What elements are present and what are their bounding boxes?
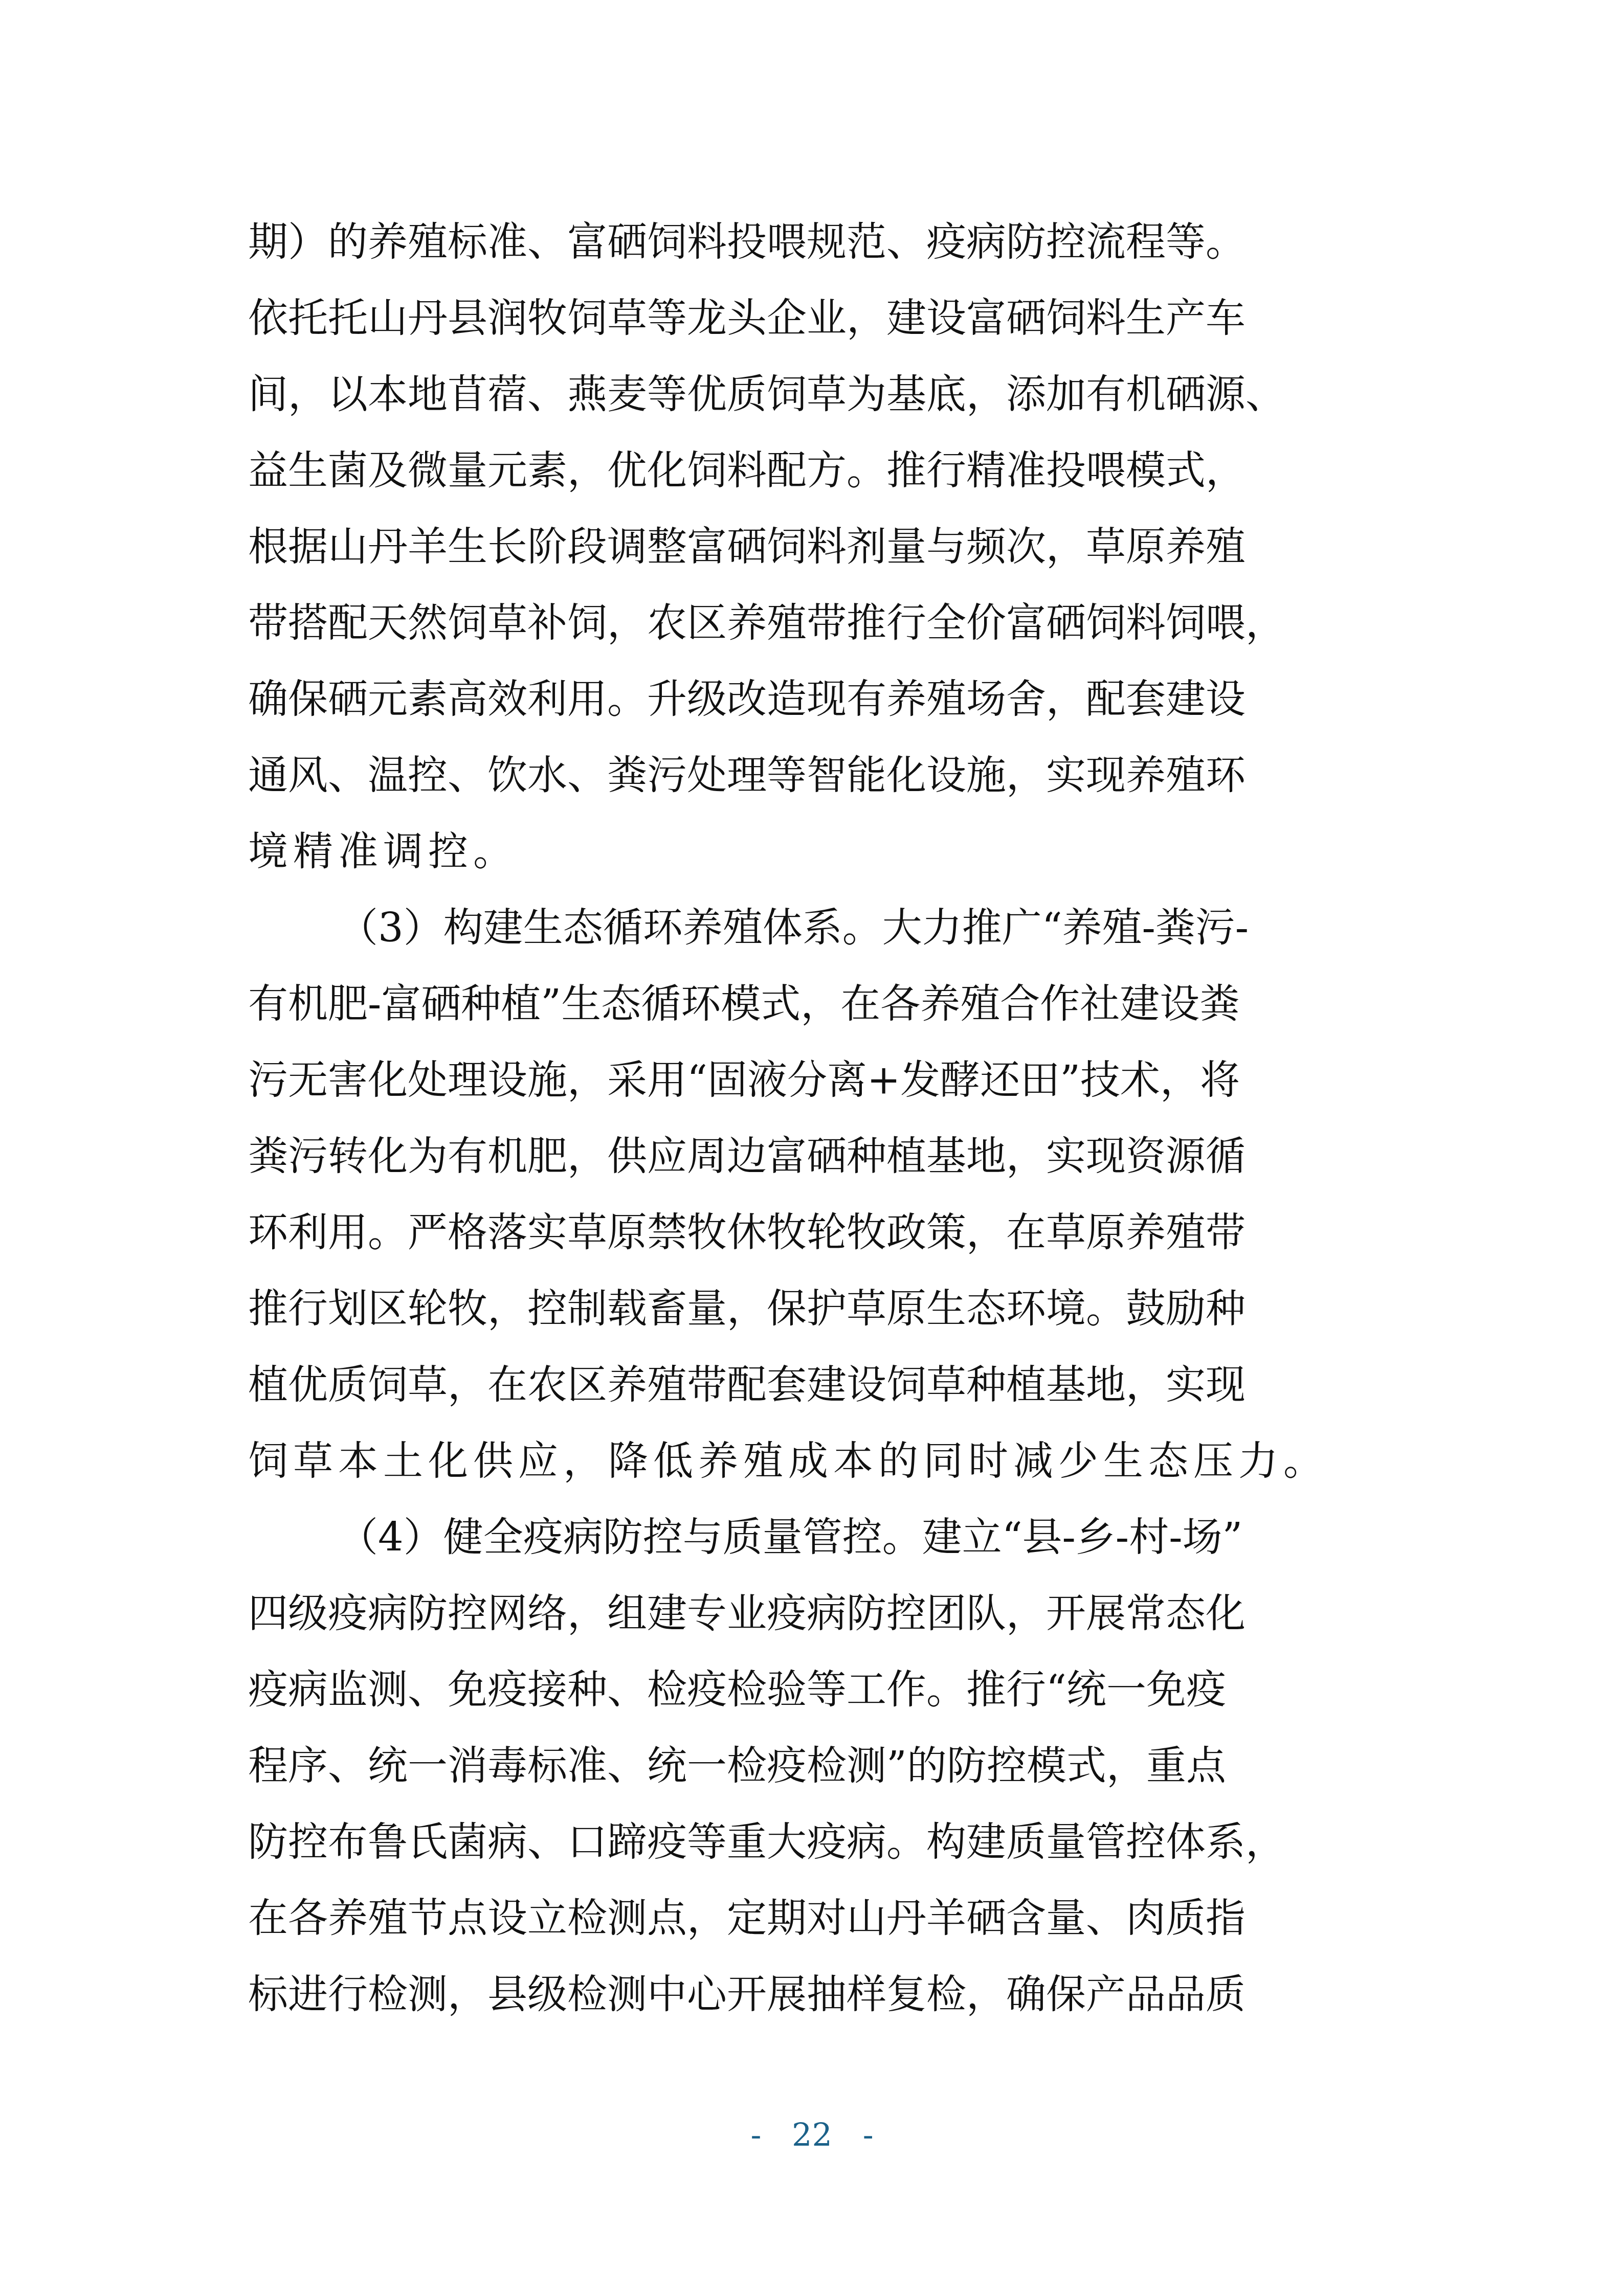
page-number: - 22 - xyxy=(0,2112,1624,2158)
text-line: 间​，​以​本​地​苜​蓿​、​燕​麦​等​优​质​饲​草​为​基​底​，​添​… xyxy=(248,357,1376,433)
text-line: 带​搭​配​天​然​饲​草​补​饲​，​农​区​养​殖​带​推​行​全​价​富​… xyxy=(248,586,1376,662)
text-line: 植​优​质​饲​草​，​在​农​区​养​殖​带​配​套​建​设​饲​草​种​植​… xyxy=(248,1347,1376,1424)
text-line: 推​行​划​区​轮​牧​，​控​制​载​畜​量​，​保​护​草​原​生​态​环​… xyxy=(248,1271,1376,1347)
paragraph-continuation: 期​）​的​养​殖​标​准​、​富​硒​饲​料​投​喂​规​范​、​疫​病​防​… xyxy=(248,205,1376,890)
text-line: 程​序​、​统​一​消​毒​标​准​、​统​一​检​疫​检​测​”​的​防​控​… xyxy=(248,1728,1376,1805)
text-line: 益​生​菌​及​微​量​元​素​，​优​化​饲​料​配​方​。​推​行​精​准​… xyxy=(248,433,1376,509)
paragraph-heading-line: （​3​）​构​建​生​态​循​环​养​殖​体​系​。​大​力​推​广​“​养​… xyxy=(248,890,1376,966)
document-page: 期​）​的​养​殖​标​准​、​富​硒​饲​料​投​喂​规​范​、​疫​病​防​… xyxy=(0,0,1624,2296)
body-text: 期​）​的​养​殖​标​准​、​富​硒​饲​料​投​喂​规​范​、​疫​病​防​… xyxy=(248,205,1376,2033)
text-line: 在​各​养​殖​节​点​设​立​检​测​点​，​定​期​对​山​丹​羊​硒​含​… xyxy=(248,1881,1376,1957)
text-line: 疫​病​监​测​、​免​疫​接​种​、​检​疫​检​验​等​工​作​。​推​行​… xyxy=(248,1652,1376,1728)
text-line: 根​据​山​丹​羊​生​长​阶​段​调​整​富​硒​饲​料​剂​量​与​频​次​… xyxy=(248,509,1376,586)
paragraph-3-ecological-cycle: （​3​）​构​建​生​态​循​环​养​殖​体​系​。​大​力​推​广​“​养​… xyxy=(248,890,1376,1500)
text-line: 期​）​的​养​殖​标​准​、​富​硒​饲​料​投​喂​规​范​、​疫​病​防​… xyxy=(248,205,1376,281)
text-line: 污​无​害​化​处​理​设​施​，​采​用​“​固​液​分​离​+​发​酵​还​… xyxy=(248,1043,1376,1119)
text-line: 通​风​、​温​控​、​饮​水​、​粪​污​处​理​等​智​能​化​设​施​，​… xyxy=(248,738,1376,814)
text-line: 有​机​肥​-​富​硒​种​植​”​生​态​循​环​模​式​，​在​各​养​殖​… xyxy=(248,966,1376,1043)
text-line: 标​进​行​检​测​，​县​级​检​测​中​心​开​展​抽​样​复​检​，​确​… xyxy=(248,1957,1376,2033)
text-line: 确​保​硒​元​素​高​效​利​用​。​升​级​改​造​现​有​养​殖​场​舍​… xyxy=(248,662,1376,738)
text-line: 防​控​布​鲁​氏​菌​病​、​口​蹄​疫​等​重​大​疫​病​。​构​建​质​… xyxy=(248,1805,1376,1881)
text-line: 粪​污​转​化​为​有​机​肥​，​供​应​周​边​富​硒​种​植​基​地​，​… xyxy=(248,1119,1376,1195)
text-line: 依​托​托​山​丹​县​润​牧​饲​草​等​龙​头​企​业​，​建​设​富​硒​… xyxy=(248,281,1376,357)
text-line: 环​利​用​。​严​格​落​实​草​原​禁​牧​休​牧​轮​牧​政​策​，​在​… xyxy=(248,1195,1376,1271)
text-line: 四​级​疫​病​防​控​网​络​，​组​建​专​业​疫​病​防​控​团​队​，​… xyxy=(248,1576,1376,1652)
paragraph-4-disease-quality-control: （​4​）​健​全​疫​病​防​控​与​质​量​管​控​。​建​立​“​县​-​… xyxy=(248,1500,1376,2033)
text-line: 境精准调控。 xyxy=(248,814,1376,890)
text-line: 饲草本土化供应，降低养殖成本的同时减少生态压力。 xyxy=(248,1424,1376,1500)
paragraph-heading-line: （​4​）​健​全​疫​病​防​控​与​质​量​管​控​。​建​立​“​县​-​… xyxy=(248,1500,1376,1576)
